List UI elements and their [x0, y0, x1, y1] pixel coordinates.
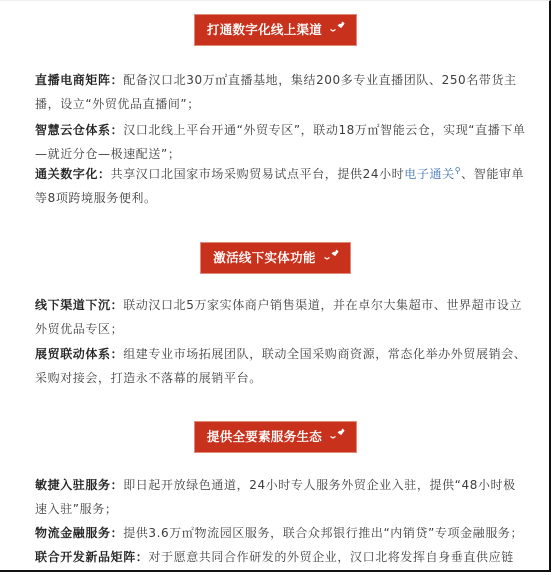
birds-icon — [330, 23, 346, 37]
section-header-online-channels: 打通数字化线上渠道 — [0, 15, 551, 45]
section-header-service-ecosystem: 提供全要素服务生态 — [0, 422, 551, 452]
paragraph-text: 对于愿意共同合作研发的外贸企业，汉口北将发挥自身垂直供应链 — [148, 550, 513, 564]
e-customs-link-label[interactable]: 电子通关 — [404, 167, 454, 181]
paragraph-agile-onboarding: 敏捷入驻服务：即日起开放绿色通道，24小时专人服务外贸企业入驻，提供“48小时极… — [35, 473, 527, 521]
birds-icon — [330, 430, 346, 444]
paragraph-customs-digitalization: 通关数字化：共享汉口北国家市场采购贸易试点平台，提供24小时电子通关⚲、智能审单… — [35, 162, 527, 210]
section-banner: 打通数字化线上渠道 — [195, 15, 356, 45]
paragraph-term: 展贸联动体系： — [35, 347, 123, 361]
paragraph-term: 智慧云仓体系： — [35, 123, 123, 137]
paragraph-term: 通关数字化： — [35, 167, 111, 181]
paragraph-joint-product-development: 联合开发新品矩阵：对于愿意共同合作研发的外贸企业，汉口北将发挥自身垂直供应链 — [35, 545, 527, 571]
paragraph-offline-channels: 线下渠道下沉：联动汉口北5万家实体商户销售渠道，并在卓尔大集超市、世界超市设立外… — [35, 293, 527, 341]
paragraph-live-commerce: 直播电商矩阵：配备汉口北30万㎡直播基地，集结200多专业直播团队、250名带货… — [35, 68, 527, 116]
article-page: 打通数字化线上渠道 直播电商矩阵：配备汉口北30万㎡直播基地，集结200多专业直… — [0, 0, 551, 572]
paragraph-logistics-finance: 物流金融服务：提供3.6万㎡物流园区服务，联合众邦银行推出“内销贷”专项金融服务… — [35, 521, 527, 545]
paragraph-term: 线下渠道下沉： — [35, 298, 123, 312]
e-customs-link[interactable]: 电子通关⚲ — [404, 167, 461, 181]
section-title: 打通数字化线上渠道 — [207, 15, 322, 45]
section-banner: 提供全要素服务生态 — [195, 422, 356, 452]
paragraph-term: 敏捷入驻服务： — [35, 478, 123, 492]
paragraph-text: 共享汉口北国家市场采购贸易试点平台，提供24小时 — [111, 167, 405, 181]
paragraph-term: 直播电商矩阵： — [35, 73, 123, 87]
paragraph-term: 物流金融服务： — [35, 526, 123, 540]
section-title: 激活线下实体功能 — [213, 243, 315, 273]
section-header-offline-functions: 激活线下实体功能 — [0, 243, 551, 273]
paragraph-exhibition-trade: 展贸联动体系：组建专业市场拓展团队，联动全国采购商资源，常态化举办外贸展销会、采… — [35, 342, 527, 390]
section-title: 提供全要素服务生态 — [207, 422, 322, 452]
paragraph-text: 提供3.6万㎡物流园区服务，联合众邦银行推出“内销贷”专项金融服务； — [123, 526, 523, 540]
paragraph-term: 联合开发新品矩阵： — [35, 550, 148, 564]
birds-icon — [324, 251, 340, 265]
paragraph-smart-warehouse: 智慧云仓体系：汉口北线上平台开通“外贸专区”，联动18万㎡智能云仓，实现“直播下… — [35, 118, 527, 166]
section-banner: 激活线下实体功能 — [201, 243, 349, 273]
